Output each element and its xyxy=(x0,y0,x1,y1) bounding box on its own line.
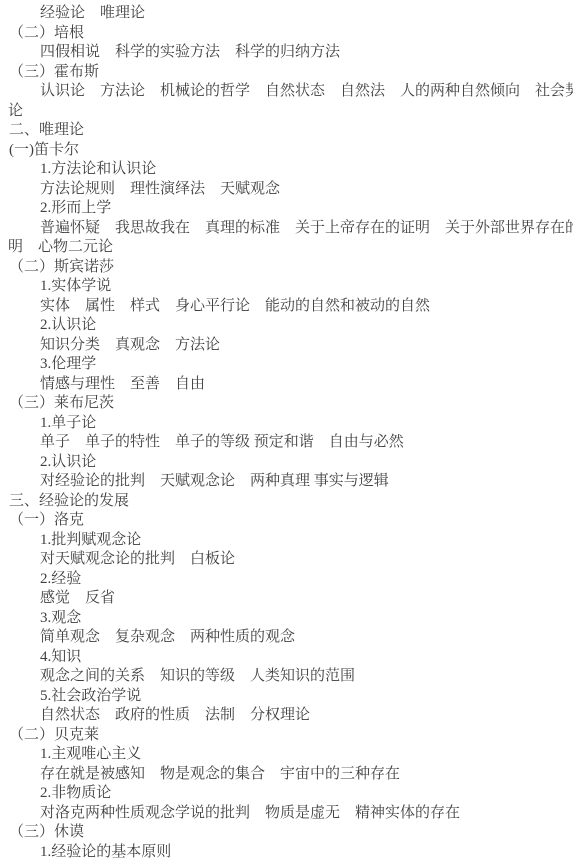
document-line: （三）霍布斯 xyxy=(8,63,571,83)
document-line: 2.认识论 xyxy=(8,316,571,336)
document-line: （三）休谟 xyxy=(8,823,571,843)
document-line: 2.认识论 xyxy=(8,453,571,473)
document-line: 3.伦理学 xyxy=(8,355,571,375)
document-line: 4.知识 xyxy=(8,648,571,668)
document-line: 对经验论的批判 天赋观念论 两种真理 事实与逻辑 xyxy=(8,472,571,492)
document-line: 认识论 方法论 机械论的哲学 自然状态 自然法 人的两种自然倾向 社会契约 xyxy=(8,82,571,102)
document-line: （一）洛克 xyxy=(8,511,571,531)
document-line: 2.经验 xyxy=(8,570,571,590)
document-line: 情感与理性 至善 自由 xyxy=(8,375,571,395)
document-line: 3.观念 xyxy=(8,609,571,629)
document-line: （二）斯宾诺莎 xyxy=(8,258,571,278)
document-line: 简单观念 复杂观念 两种性质的观念 xyxy=(8,628,571,648)
document-line: 观念之间的关系 知识的等级 人类知识的范围 xyxy=(8,667,571,687)
document-line: 单子 单子的特性 单子的等级 预定和谐 自由与必然 xyxy=(8,433,571,453)
document-line: （三）莱布尼茨 xyxy=(8,394,571,414)
document-line: 1.经验论的基本原则 xyxy=(8,843,571,862)
document-line: 2.形而上学 xyxy=(8,199,571,219)
document-line: 1.主观唯心主义 xyxy=(8,745,571,765)
document-line: 三、经验论的发展 xyxy=(8,492,571,512)
document-line: （二）贝克莱 xyxy=(8,726,571,746)
document-line: 5.社会政治学说 xyxy=(8,687,571,707)
document-line: 明 心物二元论 xyxy=(8,238,571,258)
document-line: 存在就是被感知 物是观念的集合 宇宙中的三种存在 xyxy=(8,765,571,785)
document-line: 自然状态 政府的性质 法制 分权理论 xyxy=(8,706,571,726)
document-line: 二、唯理论 xyxy=(8,121,571,141)
document-line: 1.批判赋观念论 xyxy=(8,531,571,551)
document-line: 普遍怀疑 我思故我在 真理的标准 关于上帝存在的证明 关于外部世界存在的证 xyxy=(8,219,571,239)
document-line: 知识分类 真观念 方法论 xyxy=(8,336,571,356)
document-line: 方法论规则 理性演绎法 天赋观念 xyxy=(8,180,571,200)
document-line: 经验论 唯理论 xyxy=(8,4,571,24)
document-line: （二）培根 xyxy=(8,24,571,44)
document-line: (一)笛卡尔 xyxy=(8,141,571,161)
document-line: 实体 属性 样式 身心平行论 能动的自然和被动的自然 xyxy=(8,297,571,317)
document-page: 经验论 唯理论（二）培根四假相说 科学的实验方法 科学的归纳方法（三）霍布斯认识… xyxy=(0,0,573,862)
document-line: 论 xyxy=(8,102,571,122)
document-line: 1.实体学说 xyxy=(8,277,571,297)
document-line: 1.单子论 xyxy=(8,414,571,434)
document-line: 2.非物质论 xyxy=(8,784,571,804)
document-line: 感觉 反省 xyxy=(8,589,571,609)
document-line: 四假相说 科学的实验方法 科学的归纳方法 xyxy=(8,43,571,63)
document-line: 1.方法论和认识论 xyxy=(8,160,571,180)
document-line: 对天赋观念论的批判 白板论 xyxy=(8,550,571,570)
document-line: 对洛克两种性质观念学说的批判 物质是虚无 精神实体的存在 xyxy=(8,804,571,824)
document-text-block: 经验论 唯理论（二）培根四假相说 科学的实验方法 科学的归纳方法（三）霍布斯认识… xyxy=(8,4,571,862)
